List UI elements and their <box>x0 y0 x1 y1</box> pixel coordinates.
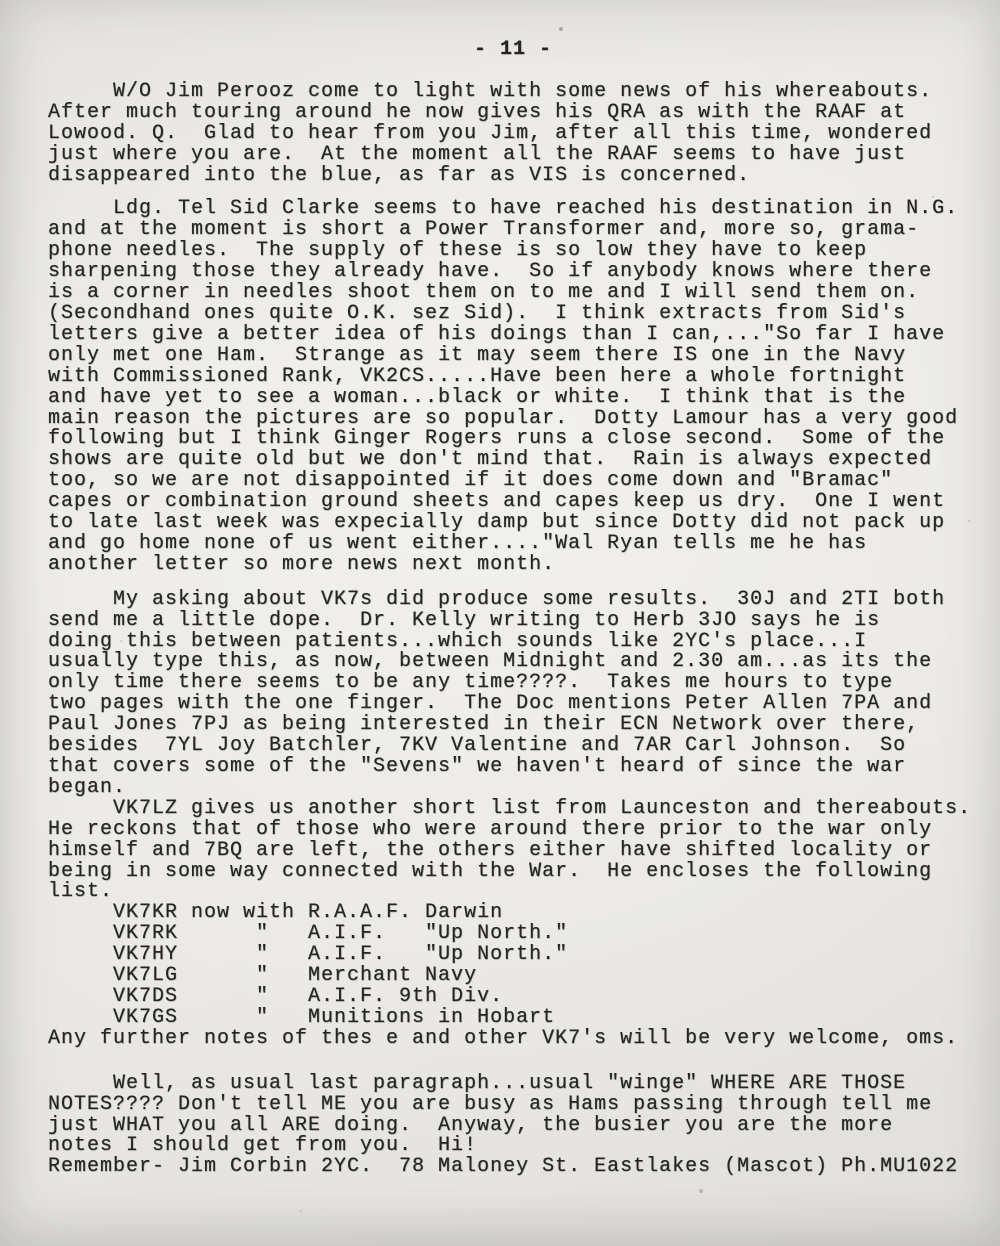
paragraph-vk7-results: My asking about VK7s did produce some re… <box>48 590 978 799</box>
scanned-newsletter-page: - 11 - W/O Jim Perooz come to light with… <box>0 0 1000 1246</box>
paragraph-jim-perooz: W/O Jim Perooz come to light with some n… <box>48 82 978 187</box>
page-number-label: - 11 - <box>474 38 552 61</box>
page-content: - 11 - W/O Jim Perooz come to light with… <box>48 40 978 1178</box>
paragraph-closing: Well, as usual last paragraph...usual "w… <box>48 1074 978 1179</box>
paragraph-sid-clarke: Ldg. Tel Sid Clarke seems to have reache… <box>48 199 978 575</box>
page-number: - 11 - <box>48 40 978 61</box>
scan-artifacts <box>0 0 2 2</box>
paragraph-vk7lz-list: VK7LZ gives us another short list from L… <box>48 799 978 1050</box>
